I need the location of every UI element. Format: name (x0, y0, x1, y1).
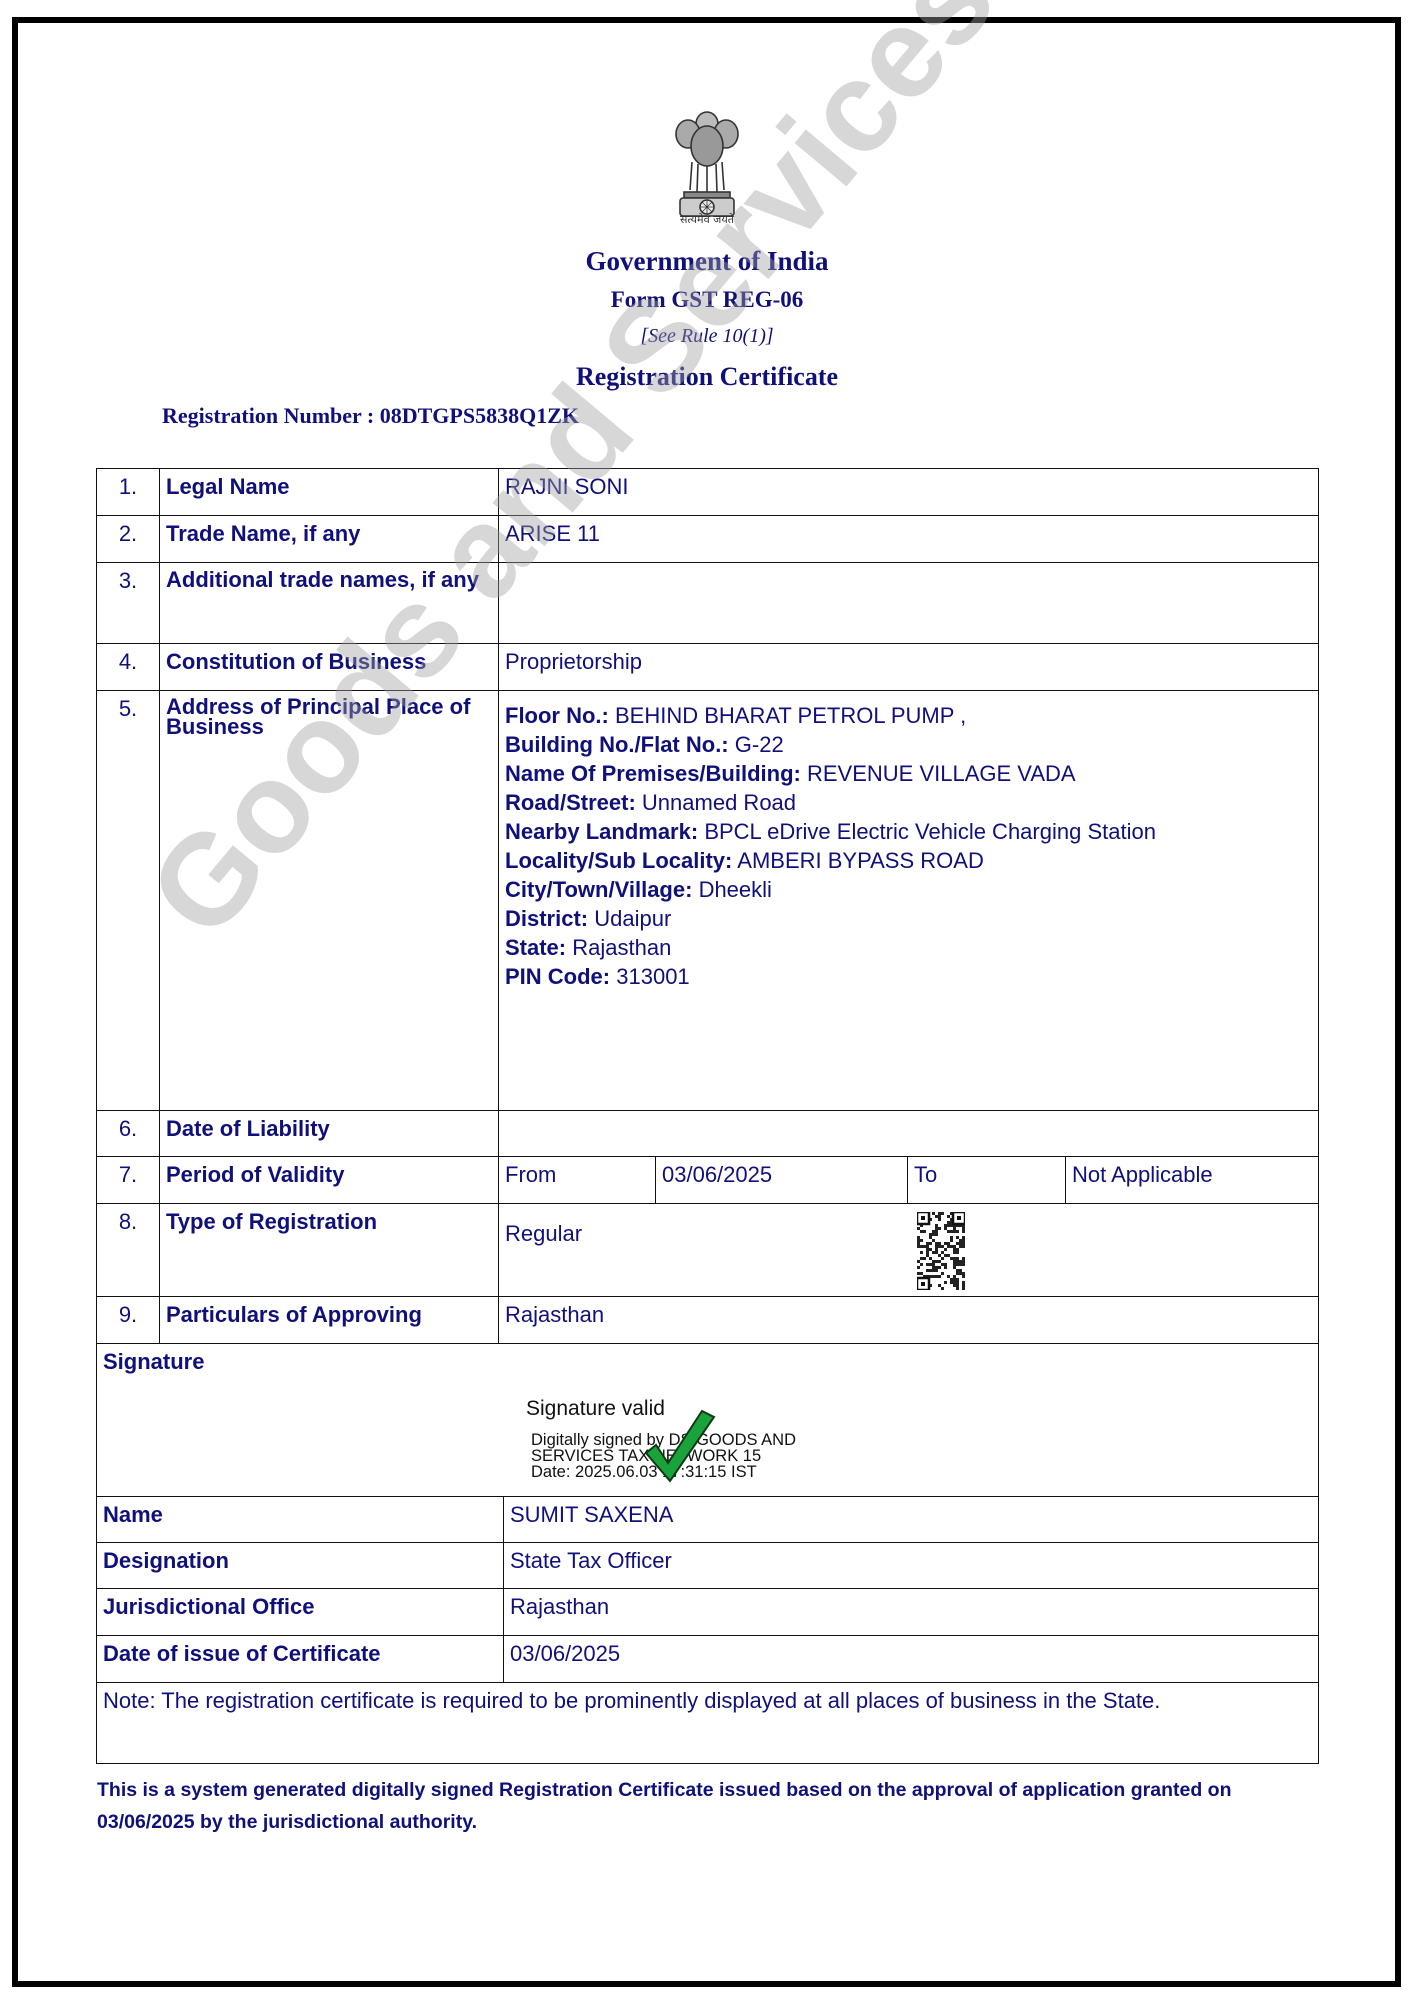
emblem-motto: सत्यमेव जयते (664, 212, 750, 227)
row-number: 3. (96, 562, 160, 644)
government-heading: Government of India (0, 246, 1414, 277)
address-state: State: Rajasthan (505, 933, 1312, 962)
date-of-issue-label: Date of issue of Certificate (96, 1635, 504, 1683)
field-value-legal-name: RAJNI SONI (498, 468, 1319, 516)
row-number: 5. (96, 690, 160, 1111)
row-number: 4. (96, 643, 160, 691)
row-number: 1. (96, 468, 160, 516)
field-label-approving-authority: Particulars of Approving (159, 1296, 499, 1344)
row-number: 7. (96, 1156, 160, 1204)
field-value-address: Floor No.: BEHIND BHARAT PETROL PUMP , B… (498, 690, 1319, 1111)
qr-code-icon (917, 1212, 965, 1290)
display-note: Note: The registration certificate is re… (96, 1682, 1319, 1764)
officer-name-label: Name (96, 1496, 504, 1543)
address-locality: Locality/Sub Locality: AMBERI BYPASS ROA… (505, 846, 1312, 875)
validity-to-date: Not Applicable (1065, 1156, 1319, 1204)
form-heading: Form GST REG-06 (0, 287, 1414, 313)
date-of-issue-value: 03/06/2025 (503, 1635, 1319, 1683)
field-label-type-of-registration: Type of Registration (159, 1203, 499, 1297)
row-number: 2. (96, 515, 160, 563)
address-floor: Floor No.: BEHIND BHARAT PETROL PUMP , (505, 701, 1312, 730)
validity-from-date: 03/06/2025 (655, 1156, 908, 1204)
field-label-trade-name: Trade Name, if any (159, 515, 499, 563)
field-value-type-of-registration: Regular (498, 1203, 1319, 1297)
registration-number: Registration Number : 08DTGPS5838Q1ZK (162, 403, 579, 429)
validity-to-label: To (907, 1156, 1066, 1204)
field-value-date-of-liability (498, 1110, 1319, 1157)
field-value-constitution: Proprietorship (498, 643, 1319, 691)
field-label-constitution: Constitution of Business (159, 643, 499, 691)
jurisdictional-office-label: Jurisdictional Office (96, 1588, 504, 1636)
row-number: 6. (96, 1110, 160, 1157)
registration-number-value: 08DTGPS5838Q1ZK (380, 403, 579, 428)
field-label-date-of-liability: Date of Liability (159, 1110, 499, 1157)
officer-designation-value: State Tax Officer (503, 1542, 1319, 1589)
field-label-period-of-validity: Period of Validity (159, 1156, 499, 1204)
address-building: Building No./Flat No.: G-22 (505, 730, 1312, 759)
registration-number-label: Registration Number : (162, 403, 374, 428)
address-landmark: Nearby Landmark: BPCL eDrive Electric Ve… (505, 817, 1312, 846)
validity-from-label: From (498, 1156, 656, 1204)
rule-reference: [See Rule 10(1)] (0, 325, 1414, 348)
field-label-legal-name: Legal Name (159, 468, 499, 516)
jurisdictional-office-value: Rajasthan (503, 1588, 1319, 1636)
address-road: Road/Street: Unnamed Road (505, 788, 1312, 817)
address-city: City/Town/Village: Dheekli (505, 875, 1312, 904)
certificate-title: Registration Certificate (0, 362, 1414, 392)
officer-name-value: SUMIT SAXENA (503, 1496, 1319, 1543)
signature-valid-check-icon (640, 1405, 720, 1485)
field-value-approving-authority: Rajasthan (498, 1296, 1319, 1344)
field-label-address: Address of Principal Place of Business (159, 690, 499, 1111)
field-label-additional-trade-names: Additional trade names, if any (159, 562, 499, 644)
address-pin: PIN Code: 313001 (505, 962, 1312, 991)
row-number: 9. (96, 1296, 160, 1344)
system-generated-footer: This is a system generated digitally sig… (97, 1774, 1327, 1838)
row-number: 8. (96, 1203, 160, 1297)
address-district: District: Udaipur (505, 904, 1312, 933)
address-premises: Name Of Premises/Building: REVENUE VILLA… (505, 759, 1312, 788)
officer-designation-label: Designation (96, 1542, 504, 1589)
signature-label: Signature (103, 1349, 204, 1374)
field-value-additional-trade-names (498, 562, 1319, 644)
field-value-trade-name: ARISE 11 (498, 515, 1319, 563)
